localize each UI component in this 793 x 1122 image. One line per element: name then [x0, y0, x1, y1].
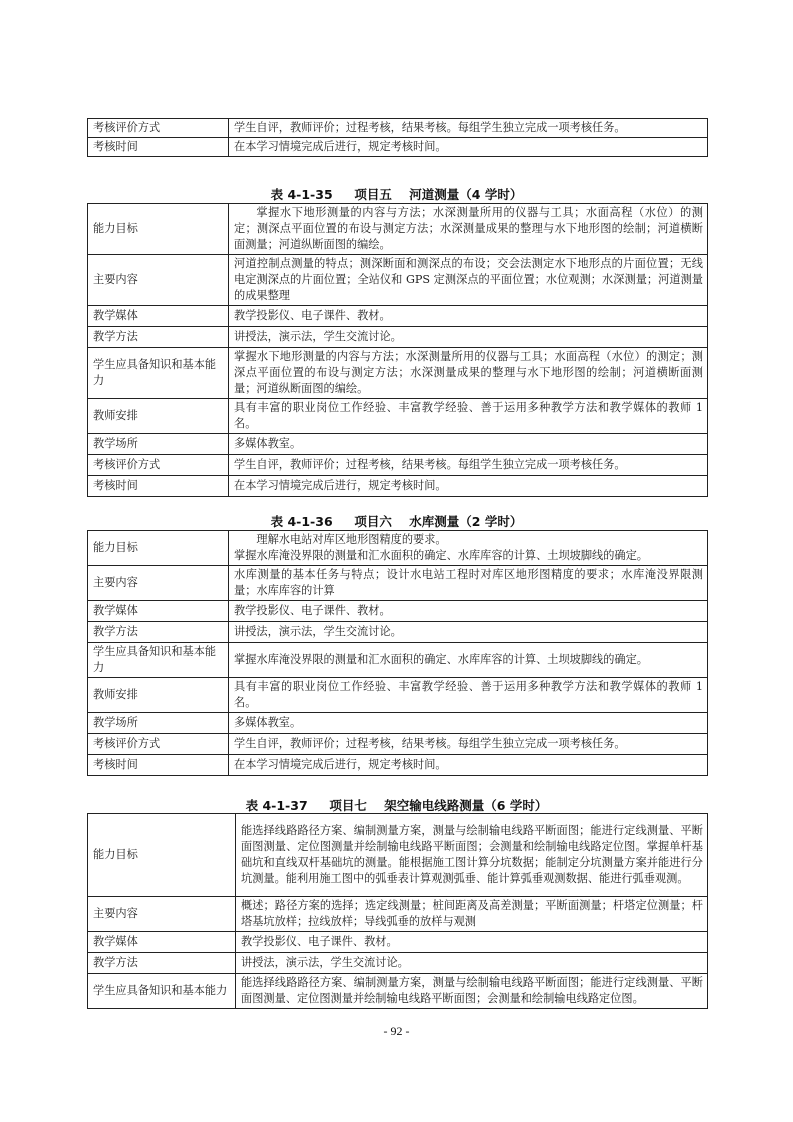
row-label: 考核评价方式 [88, 455, 229, 476]
row-value: 水库测量的基本任务与特点；设计水电站工程时对库区地形图精度的要求；水库淹没界限测… [229, 566, 708, 601]
row-value: 讲授法，演示法，学生交流讨论。 [229, 622, 708, 643]
row-label: 教学场所 [88, 434, 229, 455]
row-label: 教学媒体 [88, 932, 236, 953]
table-4-1-37: 能力目标 能选择线路路径方案、编制测量方案，测量与绘制输电线路平断面图；能进行定… [87, 813, 708, 1009]
row-value: 掌握水库淹没界限的测量和汇水面积的确定、水库库容的计算、土坝坡脚线的确定。 [229, 643, 708, 678]
row-value: 讲授法，演示法，学生交流讨论。 [236, 953, 708, 974]
row-label: 学生应具备知识和基本能力 [88, 643, 229, 678]
row-value: 在本学习情境完成后进行，规定考核时间。 [229, 476, 708, 497]
table-row: 教学媒体 教学投影仪、电子课件、教材。 [88, 932, 708, 953]
row-label: 能力目标 [88, 204, 229, 255]
table-row: 学生应具备知识和基本能力 能选择线路路径方案、编制测量方案，测量与绘制输电线路平… [88, 974, 708, 1009]
table-4-1-35: 能力目标 掌握水下地形测量的内容与方法；水深测量所用的仪器与工具；水面高程（水位… [87, 203, 708, 497]
row-label: 考核时间 [88, 476, 229, 497]
row-label: 教学媒体 [88, 306, 229, 327]
table-4-1-36: 能力目标 理解水电站对库区地形图精度的要求。 掌握水库淹没界限的测量和汇水面积的… [87, 530, 708, 776]
table-row: 能力目标 能选择线路路径方案、编制测量方案，测量与绘制输电线路平断面图；能进行定… [88, 814, 708, 897]
row-value: 教学投影仪、电子课件、教材。 [229, 601, 708, 622]
row-label: 教学方法 [88, 327, 229, 348]
table-row: 考核时间 在本学习情境完成后进行，规定考核时间。 [88, 476, 708, 497]
row-value: 学生自评，教师评价；过程考核，结果考核。每组学生独立完成一项考核任务。 [229, 119, 708, 138]
table-row: 主要内容 河道控制点测量的特点；测深断面和测深点的布设；交会法测定水下地形点的片… [88, 255, 708, 306]
table-row: 能力目标 掌握水下地形测量的内容与方法；水深测量所用的仪器与工具；水面高程（水位… [88, 204, 708, 255]
row-value: 具有丰富的职业岗位工作经验、丰富教学经验、善于运用多种教学方法和教学媒体的教师 … [229, 399, 708, 434]
table-row: 教学场所 多媒体教室。 [88, 713, 708, 734]
table-row: 教学媒体 教学投影仪、电子课件、教材。 [88, 306, 708, 327]
table-row: 教学媒体 教学投影仪、电子课件、教材。 [88, 601, 708, 622]
row-value: 掌握水下地形测量的内容与方法；水深测量所用的仪器与工具；水面高程（水位）的测定；… [229, 204, 708, 255]
row-value: 教学投影仪、电子课件、教材。 [236, 932, 708, 953]
row-label: 考核评价方式 [88, 734, 229, 755]
table-row: 考核时间 在本学习情境完成后进行，规定考核时间。 [88, 138, 708, 157]
row-label: 教师安排 [88, 399, 229, 434]
table-caption: 表 4-1-36 项目六 水库测量（2 学时） [0, 512, 793, 530]
table-row: 教学方法 讲授法，演示法，学生交流讨论。 [88, 953, 708, 974]
table-row: 能力目标 理解水电站对库区地形图精度的要求。 掌握水库淹没界限的测量和汇水面积的… [88, 531, 708, 566]
row-value: 掌握水下地形测量的内容与方法；水深测量所用的仪器与工具；水面高程（水位）的测定；… [229, 348, 708, 399]
table-row: 教学方法 讲授法，演示法，学生交流讨论。 [88, 327, 708, 348]
row-label: 教学场所 [88, 713, 229, 734]
row-label: 学生应具备知识和基本能力 [88, 348, 229, 399]
value-line: 掌握水库淹没界限的测量和汇水面积的确定、水库库容的计算、土坝坡脚线的确定。 [234, 548, 703, 564]
table-row: 考核时间 在本学习情境完成后进行，规定考核时间。 [88, 755, 708, 776]
row-value: 讲授法，演示法，学生交流讨论。 [229, 327, 708, 348]
table-row: 主要内容 水库测量的基本任务与特点；设计水电站工程时对库区地形图精度的要求；水库… [88, 566, 708, 601]
row-label: 教学媒体 [88, 601, 229, 622]
table-row: 教师安排 具有丰富的职业岗位工作经验、丰富教学经验、善于运用多种教学方法和教学媒… [88, 399, 708, 434]
row-label: 能力目标 [88, 531, 229, 566]
row-label: 教师安排 [88, 678, 229, 713]
table-row: 考核评价方式 学生自评，教师评价；过程考核，结果考核。每组学生独立完成一项考核任… [88, 455, 708, 476]
table-prev-tail: 考核评价方式 学生自评，教师评价；过程考核，结果考核。每组学生独立完成一项考核任… [87, 118, 708, 157]
row-label: 考核时间 [88, 755, 229, 776]
row-value: 在本学习情境完成后进行，规定考核时间。 [229, 138, 708, 157]
row-value: 理解水电站对库区地形图精度的要求。 掌握水库淹没界限的测量和汇水面积的确定、水库… [229, 531, 708, 566]
row-value: 教学投影仪、电子课件、教材。 [229, 306, 708, 327]
row-label: 考核评价方式 [88, 119, 229, 138]
value-line: 理解水电站对库区地形图精度的要求。 [234, 532, 703, 548]
row-label: 主要内容 [88, 897, 236, 932]
row-value: 在本学习情境完成后进行，规定考核时间。 [229, 755, 708, 776]
row-value: 学生自评，教师评价；过程考核，结果考核。每组学生独立完成一项考核任务。 [229, 455, 708, 476]
row-value: 能选择线路路径方案、编制测量方案，测量与绘制输电线路平断面图；能进行定线测量、平… [236, 974, 708, 1009]
row-label: 主要内容 [88, 255, 229, 306]
document-page: 考核评价方式 学生自评，教师评价；过程考核，结果考核。每组学生独立完成一项考核任… [0, 0, 793, 1122]
row-value: 具有丰富的职业岗位工作经验、丰富教学经验、善于运用多种教学方法和教学媒体的教师 … [229, 678, 708, 713]
table-row: 学生应具备知识和基本能力 掌握水库淹没界限的测量和汇水面积的确定、水库库容的计算… [88, 643, 708, 678]
row-label: 学生应具备知识和基本能力 [88, 974, 236, 1009]
table-caption: 表 4-1-35 项目五 河道测量（4 学时） [0, 185, 793, 203]
row-value: 概述；路径方案的选择；选定线测量；桩间距离及高差测量；平断面测量；杆塔定位测量；… [236, 897, 708, 932]
row-label: 教学方法 [88, 622, 229, 643]
page-number: - 92 - [0, 1024, 793, 1039]
table-row: 学生应具备知识和基本能力 掌握水下地形测量的内容与方法；水深测量所用的仪器与工具… [88, 348, 708, 399]
table-row: 主要内容 概述；路径方案的选择；选定线测量；桩间距离及高差测量；平断面测量；杆塔… [88, 897, 708, 932]
table-row: 考核评价方式 学生自评，教师评价；过程考核，结果考核。每组学生独立完成一项考核任… [88, 734, 708, 755]
table-row: 教学方法 讲授法，演示法，学生交流讨论。 [88, 622, 708, 643]
row-label: 能力目标 [88, 814, 236, 897]
row-value: 学生自评，教师评价；过程考核，结果考核。每组学生独立完成一项考核任务。 [229, 734, 708, 755]
table-caption: 表 4-1-37 项目七 架空输电线路测量（6 学时） [0, 796, 793, 814]
row-label: 教学方法 [88, 953, 236, 974]
row-value: 能选择线路路径方案、编制测量方案，测量与绘制输电线路平断面图；能进行定线测量、平… [236, 814, 708, 897]
table-row: 教师安排 具有丰富的职业岗位工作经验、丰富教学经验、善于运用多种教学方法和教学媒… [88, 678, 708, 713]
row-value: 多媒体教室。 [229, 713, 708, 734]
table-row: 考核评价方式 学生自评，教师评价；过程考核，结果考核。每组学生独立完成一项考核任… [88, 119, 708, 138]
row-value: 河道控制点测量的特点；测深断面和测深点的布设；交会法测定水下地形点的片面位置；无… [229, 255, 708, 306]
row-value: 多媒体教室。 [229, 434, 708, 455]
row-label: 考核时间 [88, 138, 229, 157]
table-row: 教学场所 多媒体教室。 [88, 434, 708, 455]
row-label: 主要内容 [88, 566, 229, 601]
